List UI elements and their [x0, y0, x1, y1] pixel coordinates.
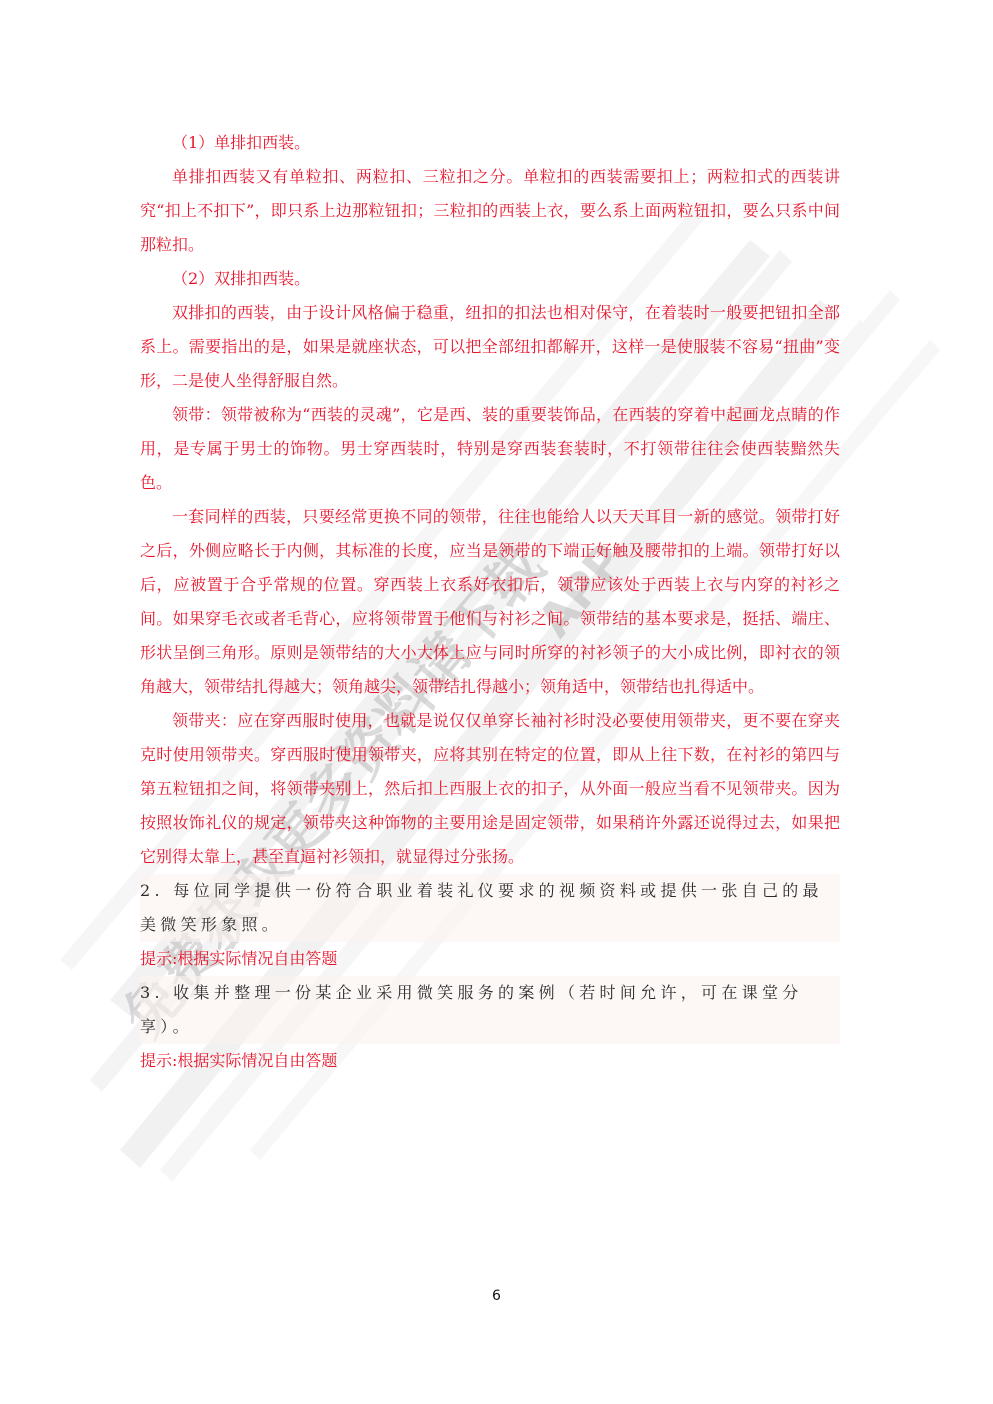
- heading-single-breasted: （1）单排扣西装。: [140, 126, 840, 160]
- paragraph-tie-clip: 领带夹：应在穿西服时使用，也就是说仅仅单穿长袖衬衫时没必要使用领带夹，更不要在穿…: [140, 704, 840, 874]
- document-body: （1）单排扣西装。 单排扣西装又有单粒扣、两粒扣、三粒扣之分。单粒扣的西装需要扣…: [140, 126, 840, 1078]
- question-3: 3. 收集并整理一份某企业采用微笑服务的案例（若时间允许，可在课堂分享）。: [140, 976, 840, 1044]
- paragraph-double-breasted: 双排扣的西装，由于设计风格偏于稳重，纽扣的扣法也相对保守，在着装时一般要把钮扣全…: [140, 296, 840, 398]
- paragraph-tie-details: 一套同样的西装，只要经常更换不同的领带，往往也能给人以天天耳目一新的感觉。领带打…: [140, 500, 840, 704]
- hint-3: 提示:根据实际情况自由答题: [140, 1044, 840, 1078]
- page-number: 6: [0, 1288, 993, 1304]
- heading-double-breasted: （2）双排扣西装。: [140, 262, 840, 296]
- paragraph-tie-intro: 领带：领带被称为“西装的灵魂”，它是西、装的重要装饰品，在西装的穿着中起画龙点睛…: [140, 398, 840, 500]
- hint-2: 提示:根据实际情况自由答题: [140, 942, 840, 976]
- paragraph-single-breasted: 单排扣西装又有单粒扣、两粒扣、三粒扣之分。单粒扣的西装需要扣上；两粒扣式的西装讲…: [140, 160, 840, 262]
- question-2: 2. 每位同学提供一份符合职业着装礼仪要求的视频资料或提供一张自己的最美微笑形象…: [140, 874, 840, 942]
